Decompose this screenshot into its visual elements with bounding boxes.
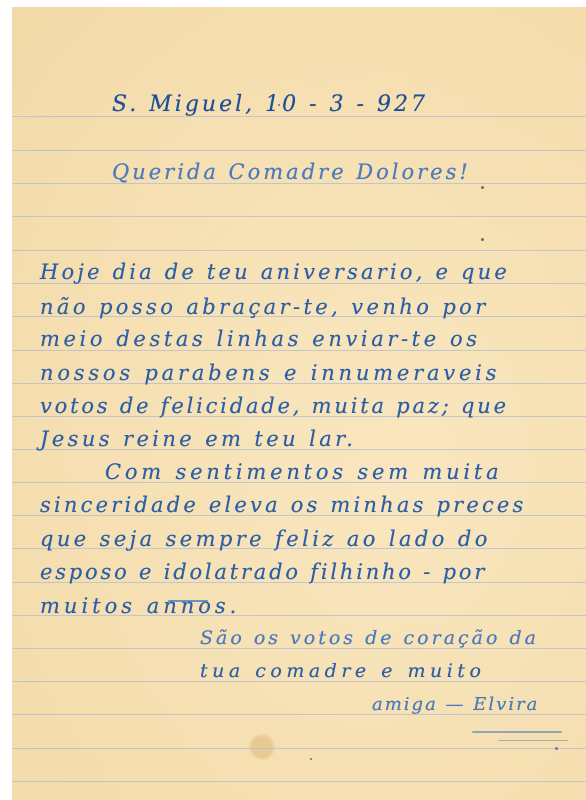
salutation: Querida Comadre Dolores! — [112, 160, 471, 184]
body-line: Jesus reine em teu lar. — [40, 427, 356, 451]
body-line: Com sentimentos sem muita — [105, 460, 503, 484]
place-date: S. Miguel, 10 - 3 - 927 — [112, 92, 428, 117]
ink-speck — [481, 186, 484, 189]
ink-speck — [310, 758, 312, 760]
body-line: esposo e idolatrado filhinho - por — [40, 560, 487, 584]
ink-speck — [555, 747, 558, 750]
closing-line: São os votos de coração da — [200, 627, 539, 649]
body-line: muitos annos. — [40, 594, 240, 618]
signature-flourish — [498, 740, 568, 741]
ink-speck — [481, 238, 484, 241]
body-line: meio destas linhas enviar-te os — [40, 327, 481, 351]
body-line: nossos parabens e innumeraveis — [40, 361, 500, 385]
body-line: sinceridade eleva os minhas preces — [40, 493, 527, 517]
ruled-line — [12, 748, 586, 749]
ruled-line — [12, 250, 586, 251]
closing-line: tua comadre e muito — [200, 660, 485, 682]
ruled-line — [12, 781, 586, 782]
signature: amiga — Elvira — [372, 694, 539, 715]
ink-speck — [278, 104, 280, 106]
ruled-line — [12, 216, 586, 217]
ruled-line — [12, 150, 586, 151]
signature-underline — [472, 731, 562, 733]
body-line: que seja sempre feliz ao lado do — [40, 527, 491, 551]
body-line: não posso abraçar-te, venho por — [40, 295, 489, 319]
body-line: Hoje dia de teu aniversario, e que — [40, 260, 510, 284]
body-line: votos de felicidade, muita paz; que — [40, 394, 509, 418]
